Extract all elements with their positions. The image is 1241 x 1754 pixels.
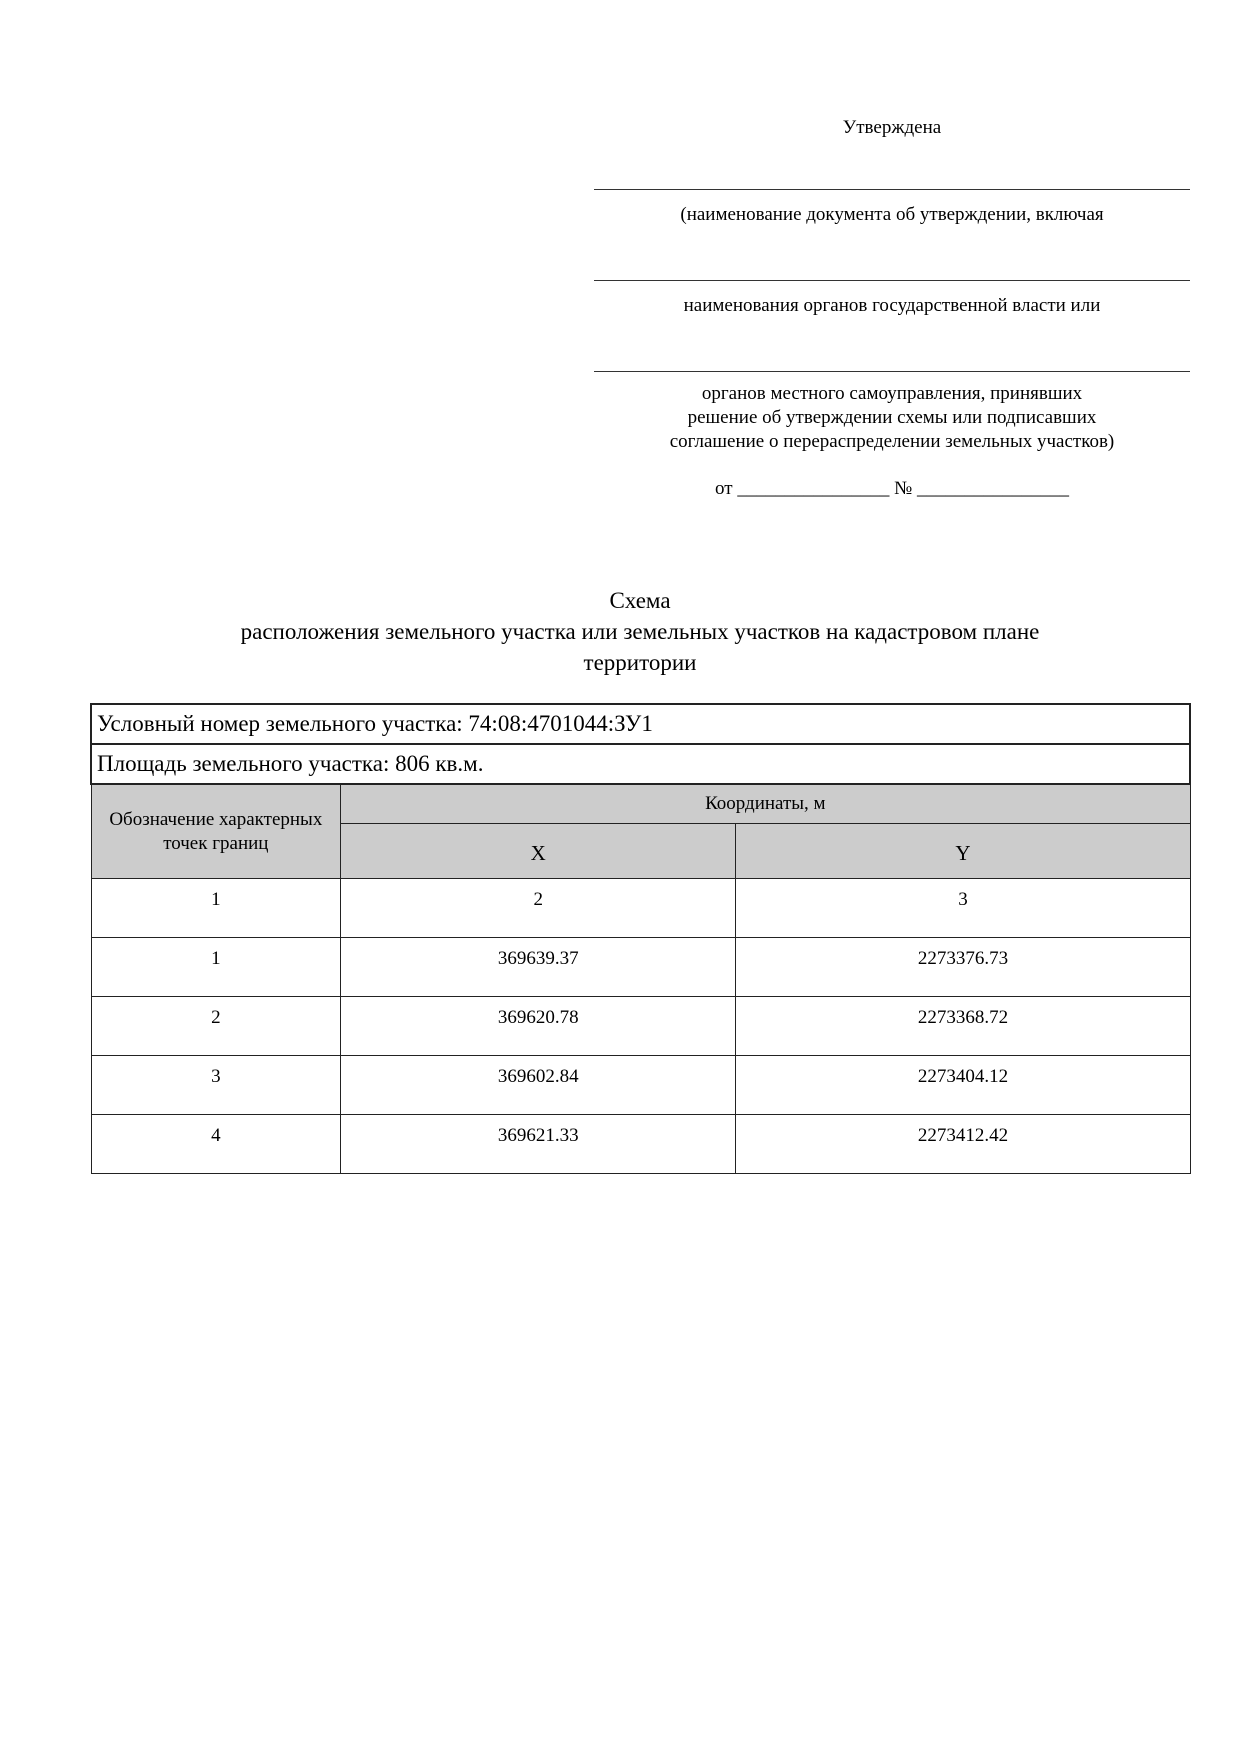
parcel-area: Площадь земельного участка: 806 кв.м.: [91, 744, 1190, 784]
approval-authority-blank-line: [594, 280, 1190, 281]
header-x: X: [341, 824, 736, 879]
header-points: Обозначение характерных точек границ: [91, 784, 341, 879]
scheme-title-line: расположения земельного участка или земе…: [90, 616, 1190, 647]
column-number: 1: [91, 879, 341, 938]
point-id: 3: [91, 1056, 341, 1115]
point-y: 2273376.73: [736, 938, 1190, 997]
point-x: 369639.37: [341, 938, 736, 997]
approval-line1-caption: (наименование документа об утверждении, …: [594, 203, 1190, 227]
point-id: 1: [91, 938, 341, 997]
table-row: 1 369639.37 2273376.73: [91, 938, 1190, 997]
table-row: 3 369602.84 2273404.12: [91, 1056, 1190, 1115]
point-id: 2: [91, 997, 341, 1056]
approval-paragraph-line: соглашение о перераспределении земельных…: [594, 430, 1190, 454]
point-y: 2273412.42: [736, 1115, 1190, 1174]
scheme-title: Схема расположения земельного участка ил…: [90, 585, 1190, 678]
table-row: 4 369621.33 2273412.42: [91, 1115, 1190, 1174]
approval-paragraph-line: органов местного самоуправления, принявш…: [594, 382, 1190, 406]
column-numbers-row: 1 2 3: [91, 879, 1190, 938]
header-coordinates: Координаты, м: [341, 784, 1190, 824]
point-y: 2273404.12: [736, 1056, 1190, 1115]
approval-date-number-line: от ________________ № ________________: [594, 477, 1190, 501]
approval-paragraph-line: решение об утверждении схемы или подписа…: [594, 406, 1190, 430]
point-id: 4: [91, 1115, 341, 1174]
point-y: 2273368.72: [736, 997, 1190, 1056]
approval-title: Утверждена: [594, 116, 1190, 140]
column-number: 2: [341, 879, 736, 938]
point-x: 369620.78: [341, 997, 736, 1056]
table-row: 2 369620.78 2273368.72: [91, 997, 1190, 1056]
column-number: 3: [736, 879, 1190, 938]
approval-paragraph: органов местного самоуправления, принявш…: [594, 382, 1190, 454]
approval-block: Утверждена (наименование документа об ут…: [594, 116, 1190, 501]
scheme-title-line: территории: [90, 647, 1190, 678]
coordinates-table: Условный номер земельного участка: 74:08…: [90, 703, 1191, 1174]
parcel-number: Условный номер земельного участка: 74:08…: [91, 704, 1190, 744]
header-y: Y: [736, 824, 1190, 879]
scheme-title-line: Схема: [90, 585, 1190, 616]
point-x: 369621.33: [341, 1115, 736, 1174]
point-x: 369602.84: [341, 1056, 736, 1115]
approval-body-blank-line: [594, 371, 1190, 372]
approval-document-blank-line: [594, 189, 1190, 190]
approval-line2-caption: наименования органов государственной вла…: [594, 294, 1190, 318]
